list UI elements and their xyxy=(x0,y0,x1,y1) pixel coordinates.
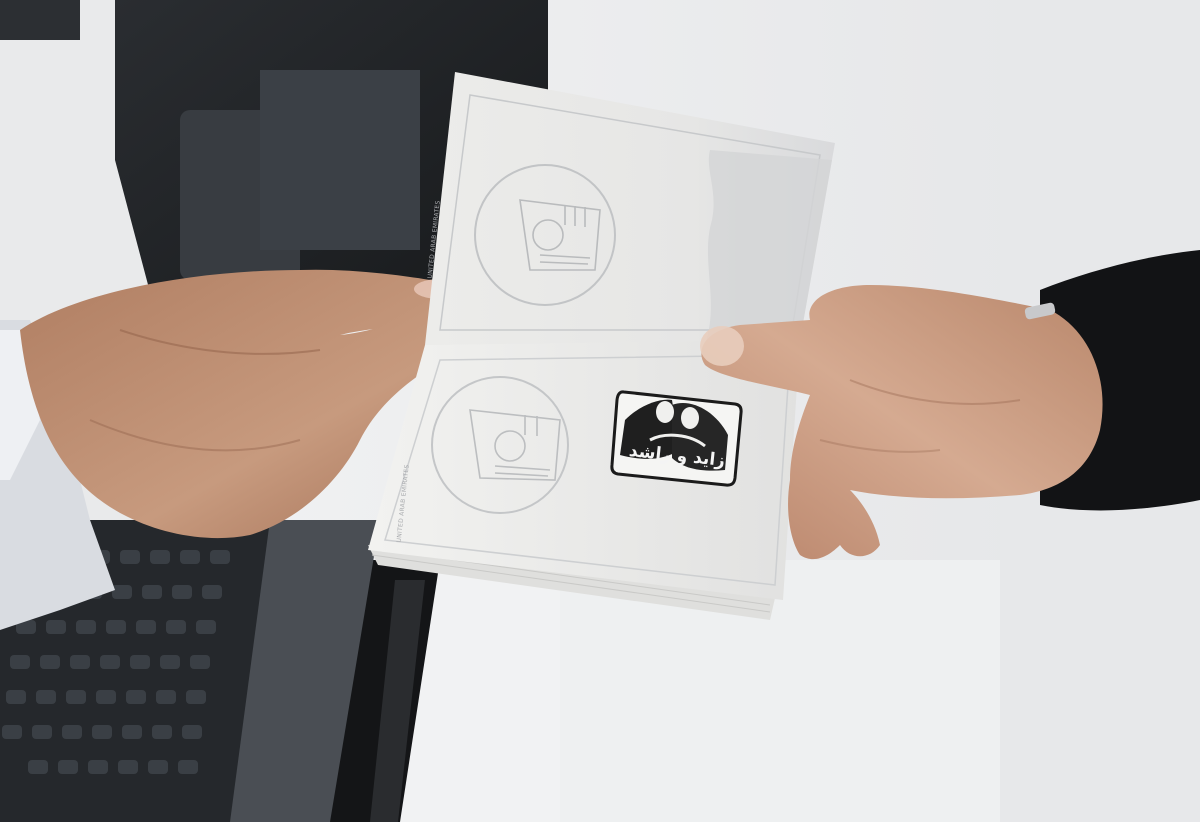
photo-illustration xyxy=(0,0,1200,822)
commemorative-stamp xyxy=(612,392,741,485)
photo-scene: UNITED ARAB EMIRATES UNITED ARAB EMIRATE… xyxy=(0,0,1200,822)
